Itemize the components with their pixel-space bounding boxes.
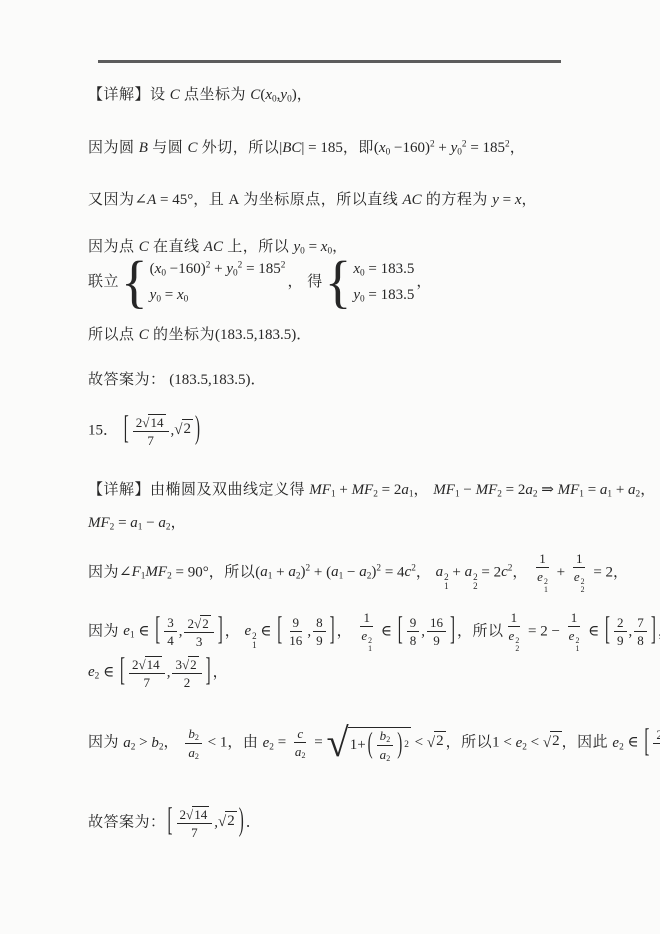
denominator: 9	[614, 632, 627, 648]
math-run: ∈	[624, 735, 643, 751]
math-fraction: b2a2	[185, 726, 202, 761]
math-run: ,	[307, 623, 311, 639]
math-run: = 45°	[156, 192, 193, 208]
math-base: 9	[316, 633, 323, 648]
math-run: 7	[637, 615, 644, 630]
math-bracket: ]	[330, 611, 335, 654]
math-run: 4	[167, 633, 174, 648]
text-run: ．	[296, 327, 312, 343]
math-base: ∈	[135, 623, 154, 639]
text-run: ，	[213, 664, 229, 680]
math-base: 9	[293, 615, 300, 630]
math-base: e	[88, 664, 95, 680]
math-fraction: 1e21	[534, 551, 551, 595]
math-base: e	[574, 569, 580, 584]
math-run: −	[460, 482, 476, 498]
math-run: = 2	[478, 564, 501, 580]
text-run: ，	[171, 515, 187, 531]
math-fraction: 2√147	[129, 656, 165, 690]
math-run: +	[612, 482, 628, 498]
math-run: +	[449, 564, 465, 580]
math-run: 9	[316, 633, 323, 648]
math-base: 16	[430, 615, 443, 630]
math-base: 1	[539, 551, 546, 566]
math-run: ,	[629, 623, 633, 639]
math-run: a2	[188, 745, 199, 761]
math-base: x	[379, 140, 386, 156]
math-run: 1	[576, 551, 583, 566]
math-run: = 90°	[172, 564, 209, 580]
math-run: 2	[436, 732, 444, 752]
denominator: a2	[292, 743, 309, 760]
math-run: 3	[167, 615, 174, 630]
denominator: 9	[430, 632, 443, 648]
radicand: 2	[225, 811, 237, 832]
math-bracket: [	[277, 611, 282, 654]
math-sqrt: √2	[218, 811, 237, 832]
math-run: )2	[301, 564, 311, 580]
math-base: 4	[167, 633, 174, 648]
text-run: 点坐标为	[180, 87, 251, 103]
math-base: ∈	[99, 664, 118, 680]
text-run: ．	[251, 372, 267, 388]
math-run: −160	[166, 261, 201, 277]
math-base: a	[288, 564, 296, 580]
math-base: MF	[309, 482, 331, 498]
math-run: 7	[191, 825, 198, 840]
numerator: 1	[573, 551, 586, 568]
math-sqrt: √2	[543, 731, 562, 752]
math-base: e	[537, 569, 543, 584]
math-bracket: [	[398, 611, 403, 654]
solution-line: 【详解】由椭圆及双曲线定义得 MF1 + MF2 = 2a1， MF1 − MF…	[88, 481, 656, 501]
math-run: AC	[403, 192, 422, 208]
math-base: C	[170, 87, 180, 103]
math-run: ,	[179, 623, 183, 639]
math-base: 2	[227, 813, 235, 829]
math-run: ∈	[99, 664, 118, 680]
math-run: 8	[410, 633, 417, 648]
math-fraction: 78	[634, 615, 647, 648]
math-run: e1	[123, 623, 134, 639]
math-run: x0	[353, 261, 364, 277]
math-base: =	[499, 192, 515, 208]
text-run: 与圆	[148, 140, 188, 156]
denominator: e21	[566, 627, 583, 654]
subscript: 2	[195, 733, 199, 742]
math-run: MF1	[309, 482, 335, 498]
denominator: e22	[571, 568, 588, 595]
math-base: ∈	[624, 735, 643, 751]
math-base: −	[343, 564, 359, 580]
math-bracket: ]	[206, 652, 211, 695]
numerator: 7	[634, 615, 647, 632]
text-run: ，	[225, 623, 245, 639]
solution-line: 所以点 C 的坐标为(183.5,183.5)．	[88, 326, 312, 346]
math-fraction: 2√147	[133, 414, 169, 448]
text-run: 又因为	[88, 192, 135, 208]
math-base: >	[135, 735, 151, 751]
math-run: =	[499, 192, 515, 208]
math-base: MF	[88, 515, 110, 531]
math-scripts: 21	[368, 637, 372, 654]
math-run: = 1852	[467, 140, 510, 156]
math-run: 1 <	[492, 735, 515, 751]
math-run: e2	[612, 735, 623, 751]
math-run: 8	[637, 633, 644, 648]
math-base: = 2	[502, 482, 525, 498]
math-run: =	[161, 287, 177, 303]
math-base: (183.5,183.5)	[166, 372, 251, 388]
text-run: ，所以	[457, 623, 504, 639]
math-run: B	[139, 140, 148, 156]
text-run: 因为	[88, 623, 123, 639]
math-base: MF	[558, 482, 580, 498]
numerator: 2	[614, 615, 627, 632]
math-base: MF	[433, 482, 455, 498]
math-base: = 2	[478, 564, 501, 580]
math-run: 2	[190, 657, 197, 672]
solution-line: 【详解】设 C 点坐标为 C(x0,y0)，	[88, 86, 312, 106]
math-sqrt: √14	[186, 806, 209, 822]
math-base: 9	[410, 615, 417, 630]
math-run: < 1	[204, 735, 227, 751]
math-run: ∠	[135, 192, 148, 208]
text-run: ，	[337, 623, 357, 639]
math-run: e21	[244, 623, 256, 639]
math-base: 8	[410, 633, 417, 648]
math-sqrt: √2	[194, 615, 211, 631]
subscript: 2	[473, 582, 478, 592]
math-run: 9	[433, 633, 440, 648]
math-bracket: [	[644, 722, 649, 765]
math-base: 8	[637, 633, 644, 648]
math-base: a	[260, 564, 268, 580]
text-run: 【详解】由椭圆及双曲线定义得	[88, 482, 309, 498]
math-run: 1	[363, 610, 370, 625]
text-run: ，	[414, 482, 434, 498]
math-bracket: [	[120, 652, 125, 695]
math-fraction: 169	[427, 615, 446, 648]
math-run: a22	[465, 564, 478, 580]
numerator: 2√14	[133, 414, 169, 432]
math-fraction: 2√147	[653, 726, 660, 760]
numerator: b2	[377, 728, 394, 746]
math-run: e22	[574, 569, 585, 595]
math-run: MF1	[558, 482, 584, 498]
math-fraction: ca2	[292, 726, 309, 760]
math-bracket: [	[168, 802, 173, 845]
math-run: <	[527, 735, 543, 751]
radicand: 2	[550, 731, 562, 752]
math-base: ∈	[257, 623, 276, 639]
math-base: 8	[316, 615, 323, 630]
math-run: 2	[227, 812, 235, 832]
math-base: ∈	[584, 623, 603, 639]
math-fraction: 89	[313, 615, 326, 648]
text-run: ，因此	[562, 735, 613, 751]
numerator: 9	[407, 615, 420, 632]
math-fraction: 1e22	[506, 610, 523, 654]
math-run: 7	[144, 675, 151, 690]
text-run: ，所以	[446, 735, 493, 751]
subscript: 2	[195, 752, 199, 761]
denominator: 8	[407, 632, 420, 648]
text-run: ，所以	[209, 564, 256, 580]
math-run: ∈	[584, 623, 603, 639]
math-base: x	[515, 192, 522, 208]
math-run: 15．	[88, 422, 122, 438]
solution-line: 联立{(x0 −160)2 + y02 = 1852y0 = x0， 得{x0 …	[88, 259, 432, 306]
math-base: +	[210, 261, 226, 277]
math-sqrt: √2	[427, 731, 446, 752]
numerator: 1	[360, 610, 373, 627]
math-run: a2	[123, 735, 135, 751]
math-run: e22	[509, 628, 520, 654]
solution-line: 因为圆 B 与圆 C 外切，所以|BC| = 185，即(x0 −160)2 +…	[88, 139, 525, 159]
math-base: 14	[150, 415, 163, 430]
math-bracket: [	[605, 611, 610, 654]
text-run: ，	[510, 140, 526, 156]
math-base: 2	[190, 657, 197, 672]
math-run: +	[553, 564, 569, 580]
math-run: 16	[430, 615, 443, 630]
subscript: 1	[544, 586, 548, 595]
math-base: 2	[552, 733, 560, 749]
math-base: e	[569, 628, 575, 643]
numerator: c	[294, 726, 306, 743]
subscript: 2	[301, 751, 305, 760]
math-base: = 183.5	[365, 261, 415, 277]
numerator: 9	[290, 615, 303, 632]
math-run: e2	[88, 664, 99, 680]
math-run: = 2	[590, 564, 613, 580]
math-run: a2	[359, 564, 371, 580]
math-base: MF	[145, 564, 167, 580]
text-run: ，	[640, 482, 656, 498]
math-run: C	[170, 87, 180, 103]
text-run: ，	[416, 274, 432, 290]
math-base: 1	[363, 610, 370, 625]
math-run: a1	[401, 482, 413, 498]
denominator: 2	[181, 674, 194, 690]
math-run: b2	[151, 735, 163, 751]
text-run: ，	[512, 564, 532, 580]
solution-line: 又因为∠A = 45°，且 A 为坐标原点，所以直线 AC 的方程为 y = x…	[88, 191, 537, 211]
math-base: ,	[179, 623, 183, 639]
subscript: 1	[252, 641, 257, 651]
math-run: 3	[196, 634, 203, 649]
text-run: ，	[297, 87, 313, 103]
denominator: 7	[141, 674, 154, 690]
subscript: 1	[368, 645, 372, 654]
math-base: 15．	[88, 422, 122, 438]
math-run: 2	[202, 616, 209, 631]
math-base: 2	[202, 616, 209, 631]
math-run: a1	[130, 515, 142, 531]
math-run: MF2	[352, 482, 378, 498]
math-base: y	[353, 287, 360, 303]
math-run: y0	[150, 287, 161, 303]
denominator: a2	[377, 746, 394, 763]
math-run: )2	[371, 564, 381, 580]
math-run: = 2	[378, 482, 401, 498]
text-run: ，	[613, 564, 629, 580]
brace-sign-icon: {	[325, 258, 352, 308]
math-base: MF	[352, 482, 374, 498]
math-run: =	[311, 735, 327, 751]
math-base: y	[226, 261, 233, 277]
math-run: y0	[280, 87, 291, 103]
math-bracket: [	[155, 611, 160, 654]
math-base: F	[132, 564, 141, 580]
math-base: 14	[147, 657, 160, 672]
math-base: ,	[307, 623, 311, 639]
math-base: C	[250, 87, 260, 103]
math-base: a	[123, 735, 131, 751]
math-base: a	[401, 482, 409, 498]
text-run: ，	[416, 564, 436, 580]
superscript: 2	[281, 260, 286, 270]
math-base: x	[265, 87, 272, 103]
math-run: A	[147, 192, 156, 208]
math-run: −160	[390, 140, 425, 156]
denominator: a2	[185, 744, 202, 761]
math-fraction: 1e21	[566, 610, 583, 654]
math-scripts: 22	[581, 578, 585, 595]
math-run: ∈	[257, 623, 276, 639]
math-base: = 4	[381, 564, 404, 580]
math-run: = 1852	[242, 261, 285, 277]
text-run: ，由	[227, 735, 262, 751]
brace-sign-icon: {	[121, 258, 148, 308]
math-run: c2	[501, 564, 512, 580]
math-base: a	[628, 482, 636, 498]
math-base: ,	[629, 623, 633, 639]
math-bracket: )	[239, 802, 244, 845]
math-fraction: 1e21	[358, 610, 375, 654]
math-run: a1	[600, 482, 612, 498]
math-run: c2	[405, 564, 416, 580]
math-run: 7	[147, 433, 154, 448]
math-run: +	[272, 564, 288, 580]
math-base: 9	[617, 633, 624, 648]
math-sqrt: √14	[142, 414, 165, 430]
math-base: e	[361, 628, 367, 643]
text-run: 因为	[88, 735, 123, 751]
math-run: =	[114, 515, 130, 531]
math-run: C	[187, 140, 197, 156]
cases-row: x0 = 183.5	[353, 260, 414, 280]
math-bracket: )	[195, 410, 200, 453]
math-run: (183.5,183.5)	[166, 372, 251, 388]
solution-line: 因为 a2 > b2， b2a2 < 1，由 e2 = ca2 = √1+(b2…	[88, 723, 660, 764]
math-run: a2	[525, 482, 537, 498]
math-base: 2	[184, 421, 192, 437]
denominator: 4	[164, 632, 177, 648]
math-sqrt: √2	[174, 419, 193, 440]
math-run: e2	[516, 735, 527, 751]
math-base: 1	[571, 610, 578, 625]
math-run: y02	[226, 261, 242, 277]
math-run: MF2	[476, 482, 502, 498]
solution-line: 因为∠F1MF2 = 90°，所以(a1 + a2)2 + (a1 − a2)2…	[88, 551, 629, 595]
math-base: ∈	[377, 623, 396, 639]
text-run: 外切，所以	[197, 140, 279, 156]
text-run: 因为	[88, 564, 119, 580]
math-base: +	[272, 564, 288, 580]
math-fraction: b2a2	[377, 728, 394, 763]
denominator: 9	[313, 632, 326, 648]
math-run: x0	[265, 87, 276, 103]
text-run: 的方程为	[422, 192, 493, 208]
text-run: ，且 A 为坐标原点，所以直线	[193, 192, 402, 208]
math-run: >	[135, 735, 151, 751]
math-fraction: 34	[164, 615, 177, 648]
math-sqrt: √1+(b2a2)2	[326, 723, 410, 764]
text-run: 因为圆	[88, 140, 139, 156]
math-base: =	[161, 287, 177, 303]
math-base: a	[331, 564, 339, 580]
math-base: c	[297, 726, 303, 741]
math-run: BC	[282, 140, 301, 156]
math-base: ⇒	[538, 482, 558, 498]
math-run: = 2 −	[524, 623, 563, 639]
math-bracket: )	[397, 726, 402, 765]
math-base: < 1	[204, 735, 227, 751]
math-run: AC	[204, 239, 223, 255]
math-base: = 90°	[172, 564, 209, 580]
math-base: e	[123, 623, 130, 639]
math-base: =	[305, 239, 321, 255]
math-run: b2	[188, 726, 199, 742]
math-base: y	[492, 192, 499, 208]
numerator: 2√14	[177, 806, 213, 824]
math-base: +	[612, 482, 628, 498]
cases-row: y0 = x0	[150, 286, 189, 306]
math-run: +	[435, 140, 451, 156]
math-cases: {x0 = 183.5y0 = 183.5	[325, 259, 415, 306]
math-run: ∈	[135, 623, 154, 639]
subscript: 1	[444, 582, 449, 592]
math-run: 9	[617, 633, 624, 648]
math-run: ∠	[119, 564, 132, 580]
math-run: 1+	[350, 736, 366, 756]
math-scripts: 21	[575, 637, 579, 654]
text-run: 故答案为：	[88, 372, 166, 388]
math-run: e2	[263, 735, 274, 751]
math-base: +	[310, 564, 326, 580]
math-bracket: ]	[651, 611, 656, 654]
math-base: (183.5,183.5)	[215, 327, 296, 343]
math-base: 9	[433, 633, 440, 648]
text-run: 的坐标为	[149, 327, 215, 343]
subscript: 2	[386, 735, 390, 744]
math-base: −160	[166, 261, 201, 277]
math-bracket: ]	[450, 611, 455, 654]
math-run: =	[584, 482, 600, 498]
math-run: ,	[167, 664, 171, 680]
math-sqrt: √14	[138, 656, 161, 672]
math-fraction: 2√23	[184, 615, 213, 649]
math-run: MF2	[88, 515, 114, 531]
math-run: y0	[293, 239, 304, 255]
math-run: a2	[288, 564, 300, 580]
math-base: a	[436, 564, 444, 580]
text-run: ．	[246, 814, 262, 830]
math-run: = 4	[381, 564, 404, 580]
math-run: 14	[150, 415, 163, 430]
